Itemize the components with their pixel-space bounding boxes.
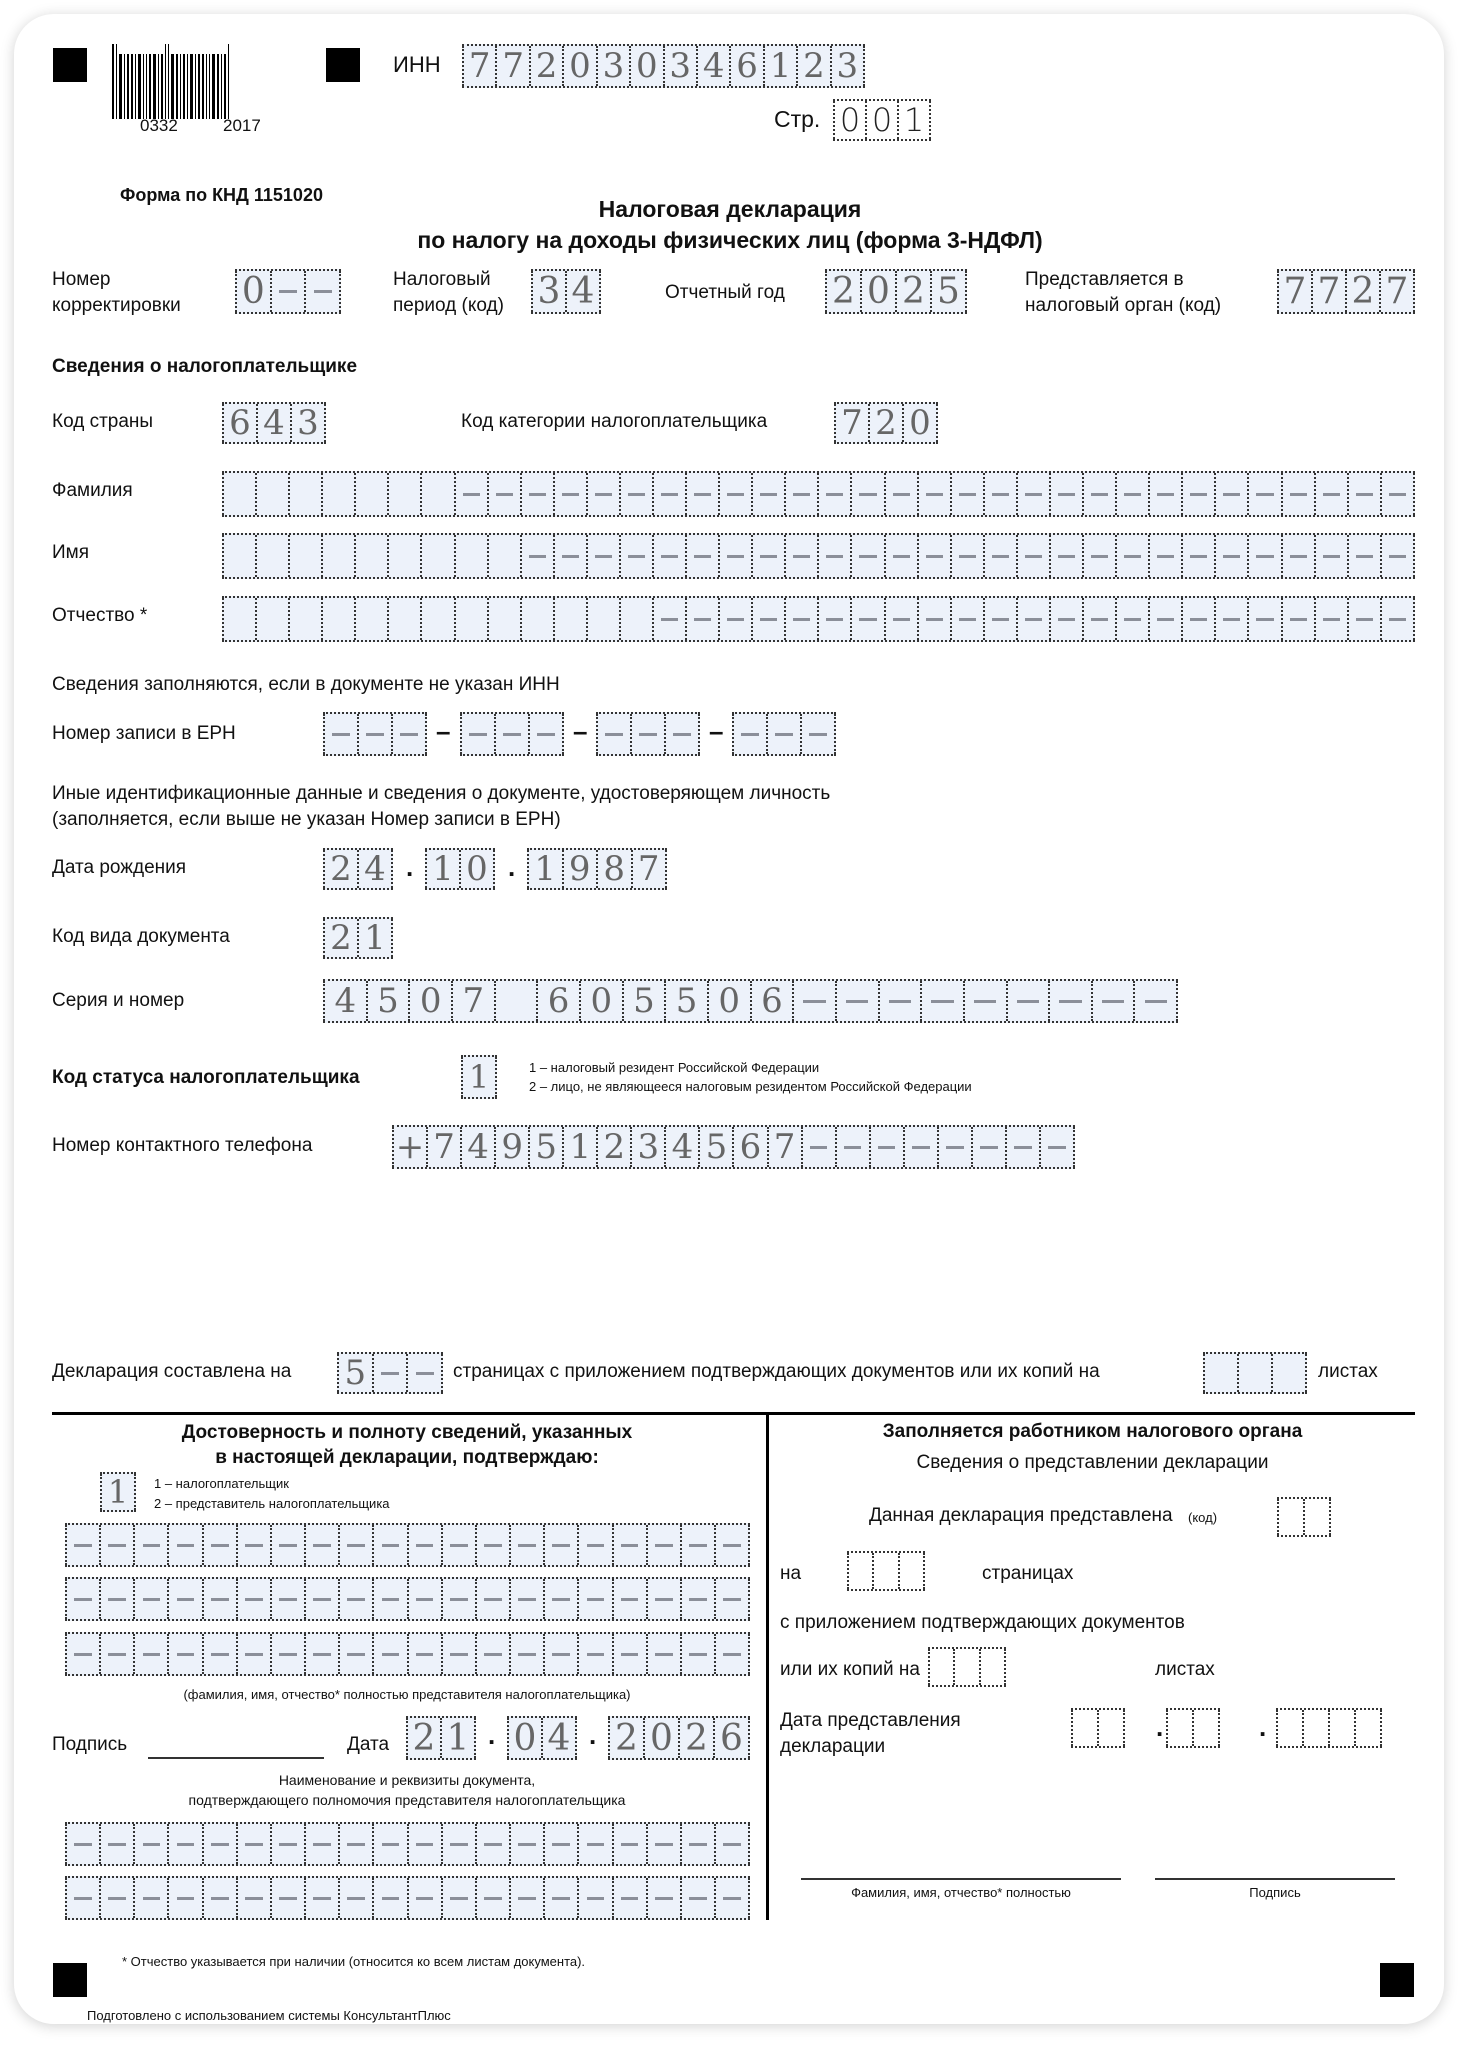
cell bbox=[1005, 1127, 1039, 1167]
cell bbox=[167, 1824, 201, 1864]
cell bbox=[963, 981, 1006, 1021]
phone-field[interactable]: +74951234567 bbox=[392, 1125, 1075, 1169]
representative-name-line-3[interactable] bbox=[65, 1632, 750, 1676]
cell bbox=[983, 473, 1016, 515]
submission-method-field[interactable] bbox=[1277, 1497, 1331, 1537]
cell: 6 bbox=[222, 404, 256, 442]
cell bbox=[1166, 1710, 1192, 1746]
corner-marker-bottom-right bbox=[1380, 1963, 1414, 1997]
cell bbox=[872, 1553, 897, 1589]
cell: 1 bbox=[461, 1057, 497, 1097]
cell bbox=[1214, 535, 1247, 577]
officer-name-caption: Фамилия, имя, отчество* полностью bbox=[801, 1885, 1121, 1900]
cell bbox=[1281, 535, 1314, 577]
cell bbox=[321, 598, 354, 640]
ern-field-part-2[interactable] bbox=[460, 712, 564, 756]
cell bbox=[372, 1525, 406, 1565]
cell bbox=[1091, 981, 1134, 1021]
cell bbox=[65, 1525, 99, 1565]
cell bbox=[222, 473, 255, 515]
cell: 0 bbox=[902, 404, 938, 442]
correction-label-line-1: Номер bbox=[52, 267, 181, 293]
date-label: Дата bbox=[347, 1732, 389, 1758]
cell bbox=[917, 535, 950, 577]
cell bbox=[1347, 598, 1380, 640]
cell bbox=[407, 1525, 441, 1565]
confirm-title-line-2: в настоящей декларации, подтверждаю: bbox=[52, 1445, 762, 1470]
cell bbox=[652, 473, 685, 515]
correction-label: Номер корректировки bbox=[52, 267, 181, 319]
cell: 4 bbox=[541, 1718, 577, 1758]
cell bbox=[1192, 1710, 1220, 1746]
ern-separator: – bbox=[436, 716, 450, 747]
submission-date-label-line-1: Дата представления bbox=[780, 1708, 961, 1734]
authority-doc-line-1[interactable] bbox=[65, 1822, 750, 1866]
ern-label: Номер записи в ЕРН bbox=[52, 721, 236, 747]
signer-option-2: 2 – представитель налогоплательщика bbox=[154, 1494, 390, 1513]
cell bbox=[1082, 535, 1115, 577]
cell bbox=[1082, 598, 1115, 640]
country-code-field[interactable]: 643 bbox=[222, 402, 326, 444]
cell bbox=[543, 1878, 577, 1918]
cell bbox=[354, 535, 387, 577]
cell: 7 bbox=[1277, 271, 1311, 312]
cell bbox=[664, 714, 700, 754]
cell bbox=[1214, 473, 1247, 515]
cell bbox=[338, 1525, 372, 1565]
confirm-day-field[interactable]: 21 bbox=[406, 1716, 476, 1760]
cell bbox=[441, 1525, 475, 1565]
cell bbox=[1181, 598, 1214, 640]
authority-doc-line-2[interactable] bbox=[65, 1876, 750, 1920]
submitted-label: Данная декларация представлена bbox=[869, 1503, 1173, 1529]
cell: 0 bbox=[408, 981, 451, 1021]
birth-day-field[interactable]: 24 bbox=[323, 848, 393, 890]
cell bbox=[983, 598, 1016, 640]
cell: 4 bbox=[565, 271, 601, 312]
patronymic-label: Отчество * bbox=[52, 603, 147, 629]
cell: 7 bbox=[451, 981, 494, 1021]
cell bbox=[884, 473, 917, 515]
cell bbox=[1115, 598, 1148, 640]
inn-field[interactable]: 772030346123 bbox=[462, 44, 865, 88]
cell bbox=[460, 714, 494, 754]
corner-marker-top-left bbox=[53, 48, 87, 82]
cell bbox=[1115, 473, 1148, 515]
cell: 4 bbox=[256, 404, 290, 442]
ern-field-part-1[interactable] bbox=[323, 712, 427, 756]
cell bbox=[1247, 535, 1280, 577]
cell bbox=[99, 1579, 133, 1619]
cell bbox=[133, 1878, 167, 1918]
cell: 5 bbox=[664, 981, 707, 1021]
cell bbox=[288, 598, 321, 640]
cell bbox=[1071, 1710, 1097, 1746]
cell: 7 bbox=[834, 404, 868, 442]
representative-name-line-1[interactable] bbox=[65, 1523, 750, 1567]
cell bbox=[903, 1127, 937, 1167]
cell bbox=[407, 1824, 441, 1864]
cell bbox=[718, 598, 751, 640]
cell bbox=[612, 1824, 646, 1864]
cell bbox=[577, 1579, 611, 1619]
cell bbox=[372, 1878, 406, 1918]
cell bbox=[304, 1579, 338, 1619]
first-name-field[interactable] bbox=[222, 533, 1415, 579]
cell bbox=[454, 535, 487, 577]
cell bbox=[133, 1824, 167, 1864]
date-dot: . bbox=[406, 852, 413, 883]
cell bbox=[1314, 598, 1347, 640]
cell bbox=[304, 1824, 338, 1864]
cell bbox=[577, 1525, 611, 1565]
date-dot: . bbox=[488, 1720, 495, 1751]
submission-day-field[interactable] bbox=[1071, 1708, 1125, 1748]
cell: 1 bbox=[562, 1127, 596, 1167]
correction-number-field[interactable]: 0 bbox=[235, 269, 341, 314]
birth-month-field[interactable]: 10 bbox=[425, 848, 495, 890]
signer-code-field[interactable]: 1 bbox=[100, 1472, 136, 1512]
pages-count-field[interactable]: 5 bbox=[337, 1352, 443, 1394]
category-code-field[interactable]: 720 bbox=[834, 402, 938, 444]
cell bbox=[950, 598, 983, 640]
doc-code-field[interactable]: 21 bbox=[323, 917, 393, 959]
cell bbox=[685, 473, 718, 515]
cell bbox=[509, 1579, 543, 1619]
cell bbox=[619, 598, 652, 640]
cell: 0 bbox=[833, 101, 865, 139]
authority-doc-caption-line-2: подтверждающего полномочия представителя… bbox=[52, 1790, 762, 1810]
cell bbox=[406, 1354, 443, 1392]
cell bbox=[133, 1634, 167, 1674]
cell: 3 bbox=[531, 271, 565, 312]
status-code-label: Код статуса налогоплательщика bbox=[52, 1065, 360, 1091]
cell bbox=[202, 1878, 236, 1918]
cell bbox=[372, 1354, 407, 1392]
cell bbox=[167, 1634, 201, 1674]
cell bbox=[167, 1878, 201, 1918]
cell bbox=[475, 1525, 509, 1565]
cell: 5 bbox=[337, 1354, 372, 1392]
cell: 2 bbox=[895, 271, 930, 312]
surname-label: Фамилия bbox=[52, 478, 133, 504]
cell: 1 bbox=[357, 919, 393, 957]
cell bbox=[167, 1525, 201, 1565]
authority-section-title: Заполняется работником налогового органа bbox=[770, 1421, 1415, 1443]
cell bbox=[270, 1824, 304, 1864]
tax-period-field[interactable]: 34 bbox=[531, 269, 601, 314]
birth-date-label: Дата рождения bbox=[52, 855, 186, 881]
cell bbox=[509, 1634, 543, 1674]
submission-date-label-line-2: декларации bbox=[780, 1734, 961, 1760]
cell bbox=[65, 1878, 99, 1918]
officer-signature-line[interactable] bbox=[1155, 1878, 1395, 1880]
cell bbox=[270, 1525, 304, 1565]
cell bbox=[714, 1579, 750, 1619]
signature-label: Подпись bbox=[52, 1732, 127, 1758]
cell bbox=[441, 1579, 475, 1619]
pages-label-middle: страницах с приложением подтверждающих д… bbox=[453, 1359, 1100, 1385]
cell bbox=[784, 535, 817, 577]
cell: 0 bbox=[643, 1718, 678, 1758]
cell bbox=[236, 1525, 270, 1565]
cell bbox=[1082, 473, 1115, 515]
cell bbox=[420, 598, 453, 640]
cell bbox=[543, 1579, 577, 1619]
cell: 5 bbox=[930, 271, 967, 312]
cell bbox=[372, 1824, 406, 1864]
cell: 6 bbox=[536, 981, 579, 1021]
cell: 6 bbox=[713, 1718, 750, 1758]
cell bbox=[714, 1525, 750, 1565]
other-id-note-1: Иные идентификационные данные и сведения… bbox=[52, 781, 830, 807]
confirm-month-field[interactable]: 04 bbox=[507, 1716, 577, 1760]
cell: 7 bbox=[426, 1127, 460, 1167]
cell bbox=[835, 1127, 869, 1167]
cell bbox=[869, 1127, 903, 1167]
cell bbox=[1380, 598, 1415, 640]
date-dot: . bbox=[589, 1720, 596, 1751]
authority-code-field[interactable]: 7727 bbox=[1277, 269, 1415, 314]
ern-field-part-3[interactable] bbox=[596, 712, 700, 756]
on-label: на bbox=[780, 1561, 801, 1587]
cell: 0 bbox=[562, 46, 595, 86]
cell bbox=[288, 473, 321, 515]
cell bbox=[475, 1579, 509, 1619]
inn-label: ИНН bbox=[393, 52, 441, 78]
cell bbox=[1276, 1710, 1302, 1746]
cell bbox=[304, 1878, 338, 1918]
cell: 7 bbox=[1379, 271, 1415, 312]
cell bbox=[321, 473, 354, 515]
cell bbox=[509, 1525, 543, 1565]
pages-label-after: листах bbox=[1318, 1359, 1378, 1385]
cell bbox=[784, 598, 817, 640]
cell: 2 bbox=[1345, 271, 1379, 312]
cell: 2 bbox=[678, 1718, 713, 1758]
cell: 5 bbox=[528, 1127, 562, 1167]
cell bbox=[971, 1127, 1005, 1167]
cell: 5 bbox=[698, 1127, 732, 1167]
patronymic-field[interactable] bbox=[222, 596, 1415, 642]
cell bbox=[751, 598, 784, 640]
cell bbox=[577, 1634, 611, 1674]
cell: 1 bbox=[897, 101, 931, 139]
cell bbox=[391, 714, 427, 754]
cell: 0 bbox=[865, 101, 897, 139]
cell bbox=[586, 473, 619, 515]
received-sheets-field[interactable] bbox=[928, 1647, 1006, 1687]
cell bbox=[65, 1824, 99, 1864]
vertical-divider bbox=[766, 1412, 769, 1920]
confirm-year-field[interactable]: 2026 bbox=[608, 1716, 750, 1760]
report-year-field[interactable]: 2025 bbox=[825, 269, 967, 314]
cell bbox=[950, 473, 983, 515]
received-pages-field[interactable] bbox=[847, 1551, 925, 1591]
authority-section-subtitle: Сведения о представлении декларации bbox=[770, 1452, 1415, 1474]
cell bbox=[586, 535, 619, 577]
cell bbox=[577, 1824, 611, 1864]
cell bbox=[454, 473, 487, 515]
ern-note: Сведения заполняются, если в документе н… bbox=[52, 672, 560, 698]
cell: 4 bbox=[696, 46, 729, 86]
cell bbox=[1049, 473, 1082, 515]
submission-date-label: Дата представления декларации bbox=[780, 1708, 961, 1760]
cell bbox=[202, 1824, 236, 1864]
cell bbox=[270, 271, 305, 312]
form-title: Налоговая декларация по налогу на доходы… bbox=[360, 194, 1100, 256]
signature-line[interactable] bbox=[148, 1757, 324, 1759]
officer-name-line[interactable] bbox=[801, 1878, 1121, 1880]
cell bbox=[65, 1634, 99, 1674]
cell bbox=[1247, 473, 1280, 515]
cell: 0 bbox=[860, 271, 895, 312]
ern-separator: – bbox=[709, 716, 723, 747]
doc-code-label: Код вида документа bbox=[52, 924, 230, 950]
cell bbox=[1049, 535, 1082, 577]
cell bbox=[800, 714, 836, 754]
surname-field[interactable] bbox=[222, 471, 1415, 517]
cell: 7 bbox=[495, 46, 528, 86]
cell bbox=[520, 598, 553, 640]
cell bbox=[236, 1634, 270, 1674]
representative-name-line-2[interactable] bbox=[65, 1577, 750, 1621]
cell bbox=[612, 1525, 646, 1565]
cell bbox=[646, 1525, 680, 1565]
cell bbox=[1347, 473, 1380, 515]
cell bbox=[878, 981, 921, 1021]
cell: 2 bbox=[529, 46, 562, 86]
cell bbox=[1203, 1354, 1237, 1392]
correction-label-line-2: корректировки bbox=[52, 293, 181, 319]
cell bbox=[509, 1824, 543, 1864]
name-label: Имя bbox=[52, 540, 89, 566]
cell bbox=[99, 1634, 133, 1674]
code-hint: (код) bbox=[1188, 1508, 1217, 1527]
cell: 1 bbox=[425, 850, 459, 888]
cell bbox=[953, 1649, 978, 1685]
cell bbox=[487, 535, 520, 577]
cell bbox=[65, 1579, 99, 1619]
sheets-label: листах bbox=[1155, 1657, 1215, 1683]
cell bbox=[99, 1878, 133, 1918]
cell bbox=[928, 1649, 953, 1685]
cell bbox=[323, 714, 357, 754]
cell: 2 bbox=[868, 404, 902, 442]
page-label: Стр. bbox=[774, 106, 820, 132]
cell: 6 bbox=[732, 1127, 766, 1167]
cell bbox=[586, 598, 619, 640]
other-id-note-2: (заполняется, если выше не указан Номер … bbox=[52, 807, 561, 833]
cell: 4 bbox=[323, 981, 366, 1021]
cell bbox=[1048, 981, 1091, 1021]
cell: 0 bbox=[629, 46, 662, 86]
attachment-sheets-field[interactable] bbox=[1203, 1352, 1307, 1394]
cell: 2 bbox=[323, 919, 357, 957]
country-code-label: Код страны bbox=[52, 409, 153, 435]
copies-label: или их копий на bbox=[780, 1657, 920, 1683]
cell bbox=[751, 535, 784, 577]
cell bbox=[202, 1525, 236, 1565]
cell: 1 bbox=[527, 850, 562, 888]
cell: + bbox=[392, 1127, 426, 1167]
cell bbox=[1237, 1354, 1271, 1392]
cell bbox=[454, 598, 487, 640]
cell: 3 bbox=[596, 46, 629, 86]
cell bbox=[917, 598, 950, 640]
cell bbox=[553, 598, 586, 640]
barcode-number-right: 2017 bbox=[223, 116, 261, 136]
cell bbox=[553, 473, 586, 515]
corner-marker-bottom-left bbox=[53, 1963, 87, 1997]
cell bbox=[543, 1824, 577, 1864]
cell: 2 bbox=[596, 1127, 630, 1167]
cell bbox=[898, 1553, 925, 1589]
cell bbox=[784, 473, 817, 515]
birth-year-field[interactable]: 1987 bbox=[527, 848, 667, 890]
cell: 5 bbox=[366, 981, 409, 1021]
cell bbox=[420, 473, 453, 515]
cell: 7 bbox=[462, 46, 495, 86]
submission-month-field[interactable] bbox=[1166, 1708, 1220, 1748]
cell: 3 bbox=[630, 1127, 664, 1167]
ern-field-part-4[interactable] bbox=[732, 712, 836, 756]
cell bbox=[884, 598, 917, 640]
cell: 2 bbox=[323, 850, 357, 888]
form-title-line-1: Налоговая декларация bbox=[360, 194, 1100, 225]
cell bbox=[553, 535, 586, 577]
series-number-field[interactable]: 4507605506 bbox=[323, 979, 1178, 1023]
cell bbox=[1314, 473, 1347, 515]
attach-label: с приложением подтверждающих документов bbox=[780, 1610, 1185, 1636]
cell bbox=[1181, 473, 1214, 515]
cell bbox=[222, 535, 255, 577]
cell bbox=[979, 1649, 1006, 1685]
cell bbox=[680, 1878, 714, 1918]
officer-signature-caption: Подпись bbox=[1155, 1885, 1395, 1900]
cell bbox=[817, 535, 850, 577]
cell bbox=[646, 1878, 680, 1918]
cell bbox=[612, 1634, 646, 1674]
cell bbox=[338, 1579, 372, 1619]
category-code-label: Код категории налогоплательщика bbox=[461, 409, 767, 435]
cell bbox=[1281, 598, 1314, 640]
page-number-field[interactable]: 001 bbox=[833, 99, 931, 141]
status-code-field[interactable]: 1 bbox=[461, 1055, 497, 1099]
period-label-line-2: период (код) bbox=[393, 293, 504, 319]
authority-doc-caption: Наименование и реквизиты документа, подт… bbox=[52, 1770, 762, 1810]
cell bbox=[612, 1878, 646, 1918]
cell bbox=[718, 535, 751, 577]
cell bbox=[817, 473, 850, 515]
cell: 9 bbox=[494, 1127, 528, 1167]
cell bbox=[646, 1634, 680, 1674]
cell bbox=[1006, 981, 1049, 1021]
cell: 2 bbox=[796, 46, 829, 86]
cell: 0 bbox=[459, 850, 495, 888]
cell bbox=[1314, 535, 1347, 577]
cell: 6 bbox=[750, 981, 793, 1021]
prepared-by: Подготовлено с использованием системы Ко… bbox=[87, 2006, 451, 2025]
pages-label: страницах bbox=[982, 1561, 1073, 1587]
cell bbox=[441, 1634, 475, 1674]
cell bbox=[321, 535, 354, 577]
submission-year-field[interactable] bbox=[1276, 1708, 1382, 1748]
date-dot: . bbox=[508, 852, 515, 883]
cell: 0 bbox=[507, 1718, 541, 1758]
cell bbox=[528, 714, 564, 754]
cell: 2 bbox=[406, 1718, 440, 1758]
